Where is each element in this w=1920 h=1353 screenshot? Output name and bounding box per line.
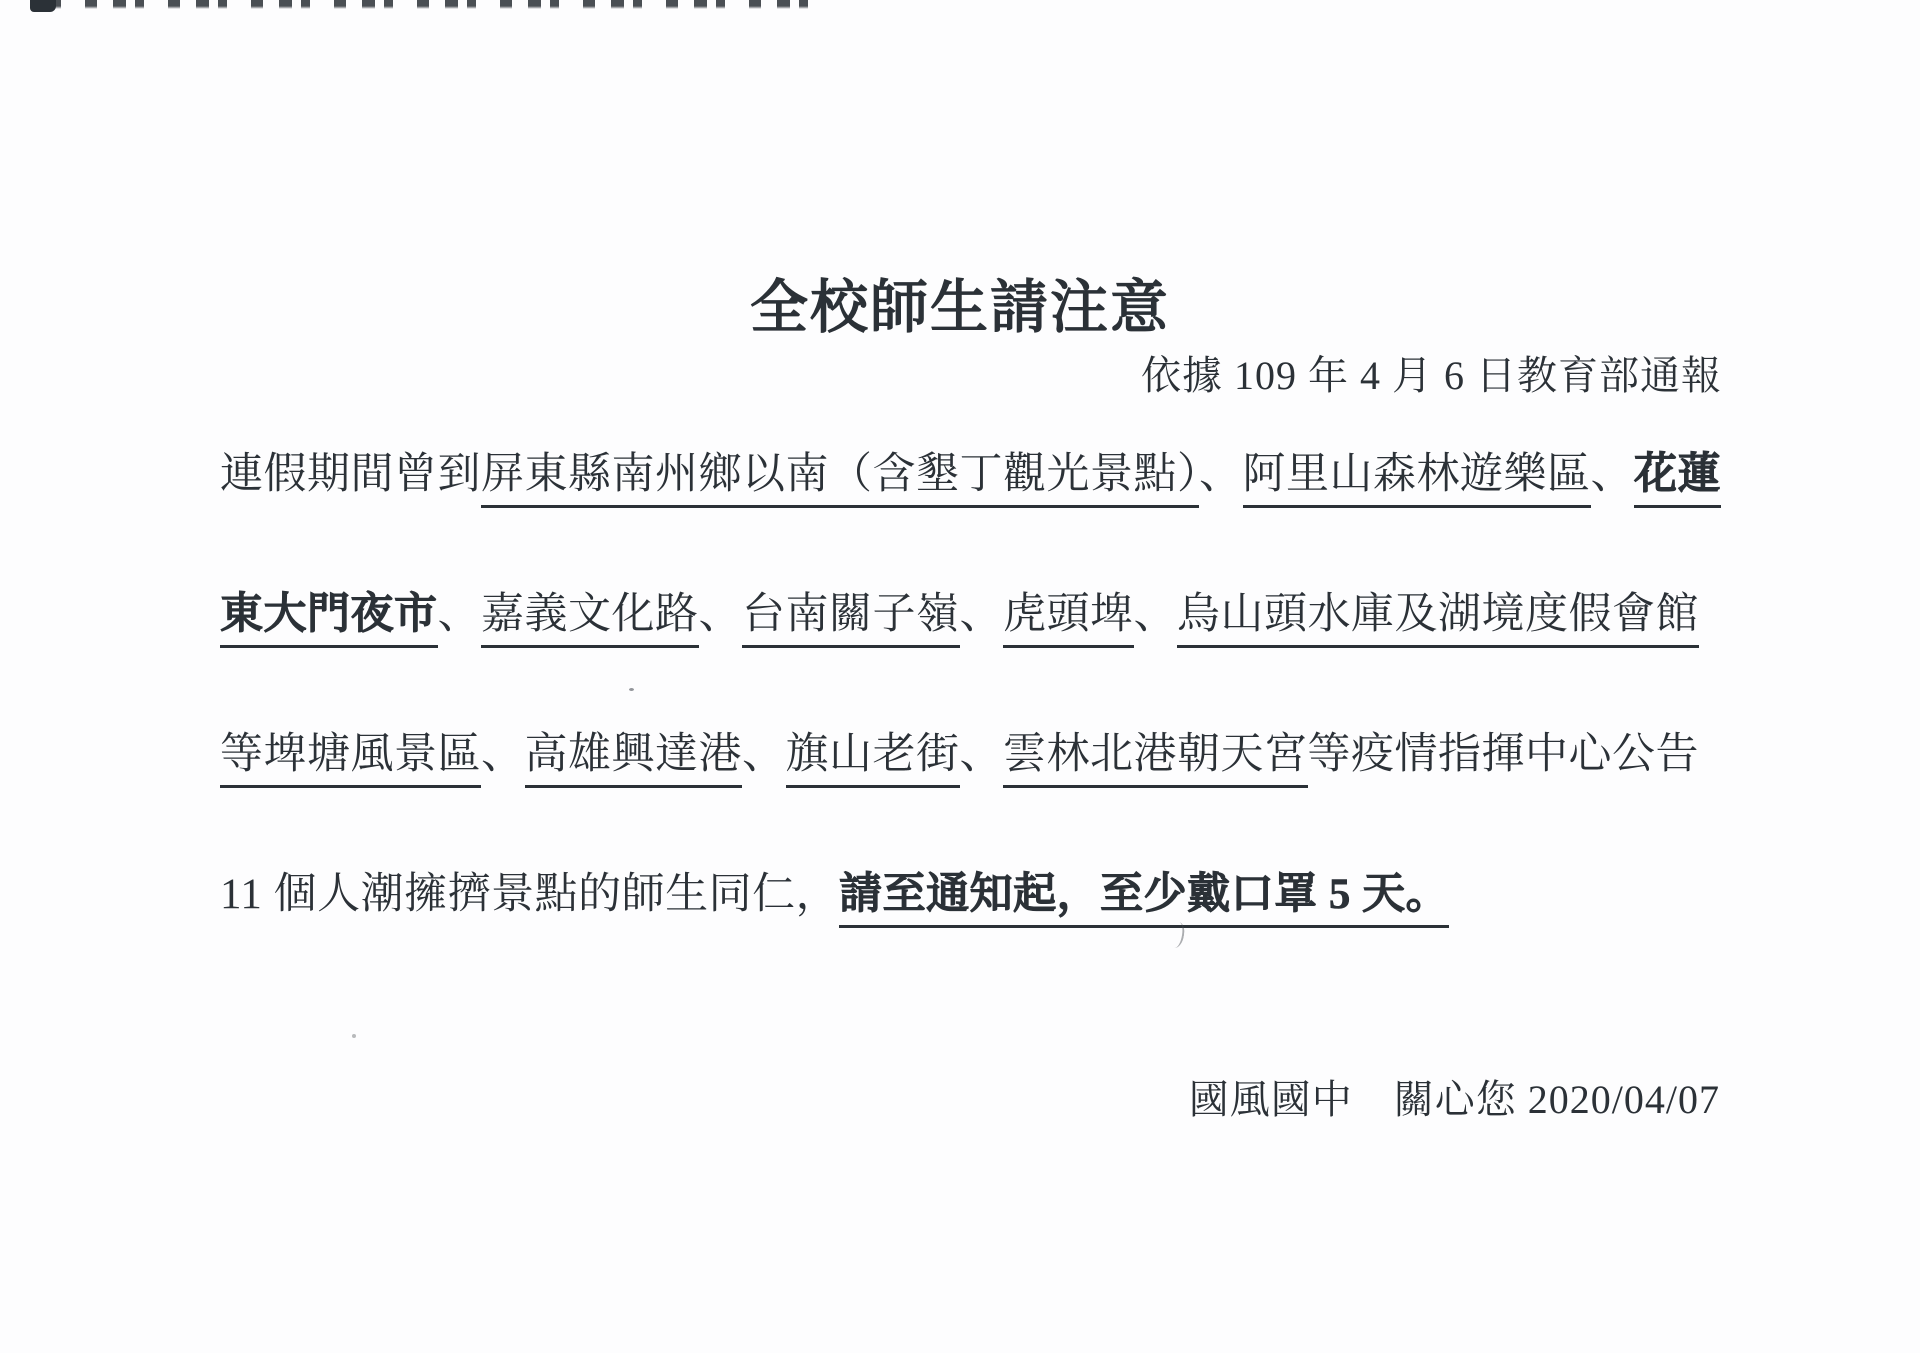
text-segment-plain: 11 個人潮擁擠景點的師生同仁， [220, 871, 839, 918]
text-segment-bold-underline: 花蓮 [1634, 451, 1721, 508]
text-segment-plain: 、 [481, 731, 525, 778]
text-segment-plain: 、 [960, 731, 1004, 778]
text-segment-bold-underline: 請至通知起，至少戴口罩 5 天。 [839, 871, 1449, 928]
text-segment-underline: 屏東縣南州鄉以南（含墾丁觀光景點） [481, 451, 1199, 508]
text-segment-plain: 、 [438, 591, 482, 638]
text-segment-bold-underline: 東大門夜市 [220, 591, 438, 648]
text-segment-plain: 、 [742, 731, 786, 778]
scan-ink-blob [30, 0, 56, 12]
text-segment-plain: 連假期間曾到 [220, 451, 481, 498]
text-segment-plain: 、 [699, 591, 743, 638]
text-segment-underline: 嘉義文化路 [481, 591, 699, 648]
text-segment-underline: 台南關子嶺 [742, 591, 960, 648]
text-segment-underline: 雲林北港朝天宮 [1003, 731, 1308, 788]
body-line-2: 東大門夜市、嘉義文化路、台南關子嶺、虎頭埤、烏山頭水庫及湖境度假會館 [220, 590, 1740, 730]
text-segment-plain: 等疫情指揮中心公告 [1308, 731, 1700, 778]
notice-body: 連假期間曾到屏東縣南州鄉以南（含墾丁觀光景點）、阿里山森林遊樂區、花蓮 東大門夜… [220, 450, 1740, 1010]
text-segment-underline: 烏山頭水庫及湖境度假會館 [1177, 591, 1699, 648]
attribution-line: 依據 109 年 4 月 6 日教育部通報 [1141, 344, 1722, 401]
notice-title: 全校師生請注意 [0, 275, 1920, 342]
text-segment-plain: 、 [1134, 591, 1178, 638]
scanned-notice-page: 全校師生請注意 依據 109 年 4 月 6 日教育部通報 連假期間曾到屏東縣南… [0, 0, 1920, 1353]
signature-line: 國風國中 關心您 2020/04/07 [1189, 1068, 1720, 1125]
scan-speck [352, 1034, 356, 1038]
text-segment-underline: 等埤塘風景區 [220, 731, 481, 788]
text-segment-underline: 旗山老街 [786, 731, 960, 788]
text-segment-underline: 虎頭埤 [1003, 591, 1134, 648]
text-segment-underline: 阿里山森林遊樂區 [1243, 451, 1591, 508]
text-segment-plain: 、 [1591, 451, 1635, 498]
text-segment-underline: 高雄興達港 [525, 731, 743, 788]
scan-speck [629, 688, 634, 691]
text-segment-plain: 、 [960, 591, 1004, 638]
text-segment-plain: 、 [1199, 451, 1243, 498]
body-line-4: 11 個人潮擁擠景點的師生同仁，請至通知起，至少戴口罩 5 天。 [220, 870, 1740, 1010]
top-edge-scan-artifact [30, 0, 830, 9]
body-line-1: 連假期間曾到屏東縣南州鄉以南（含墾丁觀光景點）、阿里山森林遊樂區、花蓮 [220, 450, 1740, 590]
body-line-3: 等埤塘風景區、高雄興達港、旗山老街、雲林北港朝天宮等疫情指揮中心公告 [220, 730, 1740, 870]
